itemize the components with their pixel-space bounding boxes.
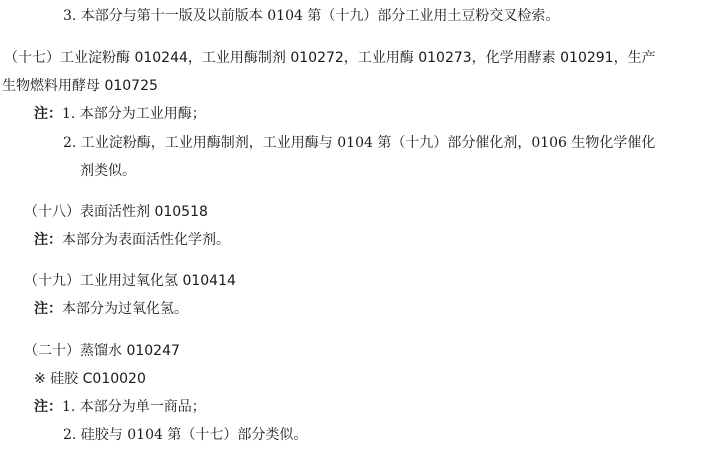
section-20-note-2: 2. 硅胶与 0104 第（十七）部分类似。: [63, 425, 307, 445]
section-19-heading: （十九）工业用过氧化氢 010414: [24, 271, 236, 291]
note-label: 注：: [34, 399, 62, 415]
section-17-note-2: 2. 工业淀粉酶，工业用酶制剂，工业用酶与 0104 第（十九）部分催化剂，01…: [63, 133, 655, 153]
section-20-heading: （二十）蒸馏水 010247: [24, 341, 180, 361]
note-label: 注：: [34, 106, 62, 122]
section-18-note: 注：本部分为表面活性化学剂。: [34, 230, 230, 250]
section-17-heading-cont: 生物燃料用酵母 010725: [2, 76, 158, 96]
section-17-note-1: 注：1. 本部分为工业用酶；: [34, 104, 206, 124]
note-label: 注：: [34, 301, 62, 317]
section-19-note: 注：本部分为过氧化氢。: [34, 299, 188, 319]
note-text: 1. 本部分为工业用酶；: [62, 106, 206, 122]
note-text: 本部分为表面活性化学剂。: [62, 232, 230, 248]
section-20-extra-item: ※ 硅胶 C010020: [34, 369, 146, 389]
section-18-heading: （十八）表面活性剂 010518: [24, 202, 208, 222]
note-text: 1. 本部分为单一商品；: [62, 399, 206, 415]
note-item-3: 3. 本部分与第十一版及以前版本 0104 第（十九）部分工业用土豆粉交叉检索。: [63, 6, 559, 26]
section-20-note-1: 注：1. 本部分为单一商品；: [34, 397, 206, 417]
note-label: 注：: [34, 232, 62, 248]
section-17-heading: （十七）工业淀粉酶 010244，工业用酶制剂 010272，工业用酶 0102…: [4, 48, 656, 68]
note-text: 本部分为过氧化氢。: [62, 301, 188, 317]
section-17-note-2-cont: 剂类似。: [80, 161, 136, 181]
